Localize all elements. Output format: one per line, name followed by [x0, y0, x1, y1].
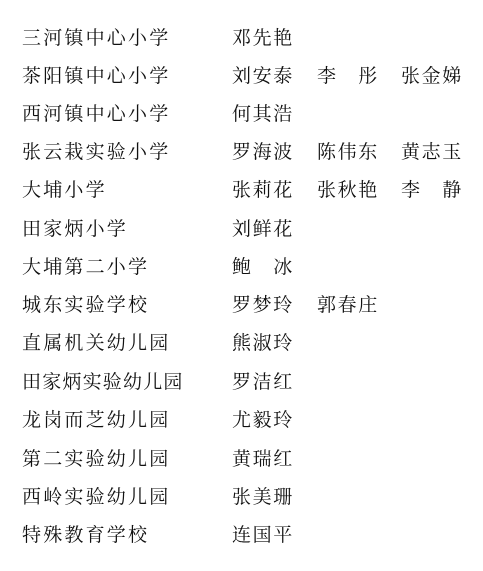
school-name: 西岭实验幼儿园 [22, 485, 170, 509]
school-name: 田家炳实验幼儿园 [22, 370, 184, 394]
school-name: 大埔第二小学 [22, 255, 149, 279]
person-name: 黄瑞红 [232, 447, 294, 471]
list-row: 大埔小学 张莉花 张秋艳 李 静 [0, 178, 483, 208]
person-name: 罗梦玲 [232, 293, 294, 317]
list-row: 茶阳镇中心小学 刘安泰 李 彤 张金娣 [0, 64, 483, 94]
list-row: 西河镇中心小学 何其浩 [0, 102, 483, 132]
person-name: 张金娣 [401, 64, 463, 88]
person-name: 张秋艳 [317, 178, 379, 202]
list-row: 直属机关幼儿园 熊淑玲 [0, 331, 483, 361]
person-name: 郭春庄 [317, 293, 379, 317]
list-row: 第二实验幼儿园 黄瑞红 [0, 447, 483, 477]
school-name: 张云栽实验小学 [22, 140, 170, 164]
school-name: 第二实验幼儿园 [22, 447, 170, 471]
person-name: 熊淑玲 [232, 331, 294, 355]
person-name: 刘鲜花 [232, 217, 294, 241]
person-name: 何其浩 [232, 102, 294, 126]
person-name: 连国平 [232, 523, 294, 547]
school-name: 直属机关幼儿园 [22, 331, 170, 355]
list-row: 龙岗而芝幼儿园 尤毅玲 [0, 408, 483, 438]
school-name: 大埔小学 [22, 178, 107, 202]
school-name: 西河镇中心小学 [22, 102, 170, 126]
person-name: 张美珊 [232, 485, 294, 509]
school-name: 三河镇中心小学 [22, 26, 170, 50]
person-name: 尤毅玲 [232, 408, 294, 432]
list-row: 三河镇中心小学 邓先艳 [0, 26, 483, 56]
person-name: 刘安泰 [232, 64, 294, 88]
list-row: 田家炳小学 刘鲜花 [0, 217, 483, 247]
school-name: 田家炳小学 [22, 217, 128, 241]
list-row: 西岭实验幼儿园 张美珊 [0, 485, 483, 515]
school-name: 龙岗而芝幼儿园 [22, 408, 170, 432]
school-name: 茶阳镇中心小学 [22, 64, 170, 88]
person-name: 罗海波 [232, 140, 294, 164]
person-name: 邓先艳 [232, 26, 294, 50]
school-name: 城东实验学校 [22, 293, 149, 317]
list-row: 大埔第二小学 鲍 冰 [0, 255, 483, 285]
list-row: 田家炳实验幼儿园 罗洁红 [0, 370, 483, 400]
person-name: 陈伟东 [317, 140, 379, 164]
list-row: 特殊教育学校 连国平 [0, 523, 483, 553]
person-name: 罗洁红 [232, 370, 294, 394]
person-name: 李 静 [401, 178, 463, 202]
person-name: 李 彤 [317, 64, 379, 88]
school-name: 特殊教育学校 [22, 523, 149, 547]
list-row: 城东实验学校 罗梦玲 郭春庄 [0, 293, 483, 323]
list-row: 张云栽实验小学 罗海波 陈伟东 黄志玉 [0, 140, 483, 170]
person-name: 黄志玉 [401, 140, 463, 164]
person-name: 鲍 冰 [232, 255, 294, 279]
person-name: 张莉花 [232, 178, 294, 202]
